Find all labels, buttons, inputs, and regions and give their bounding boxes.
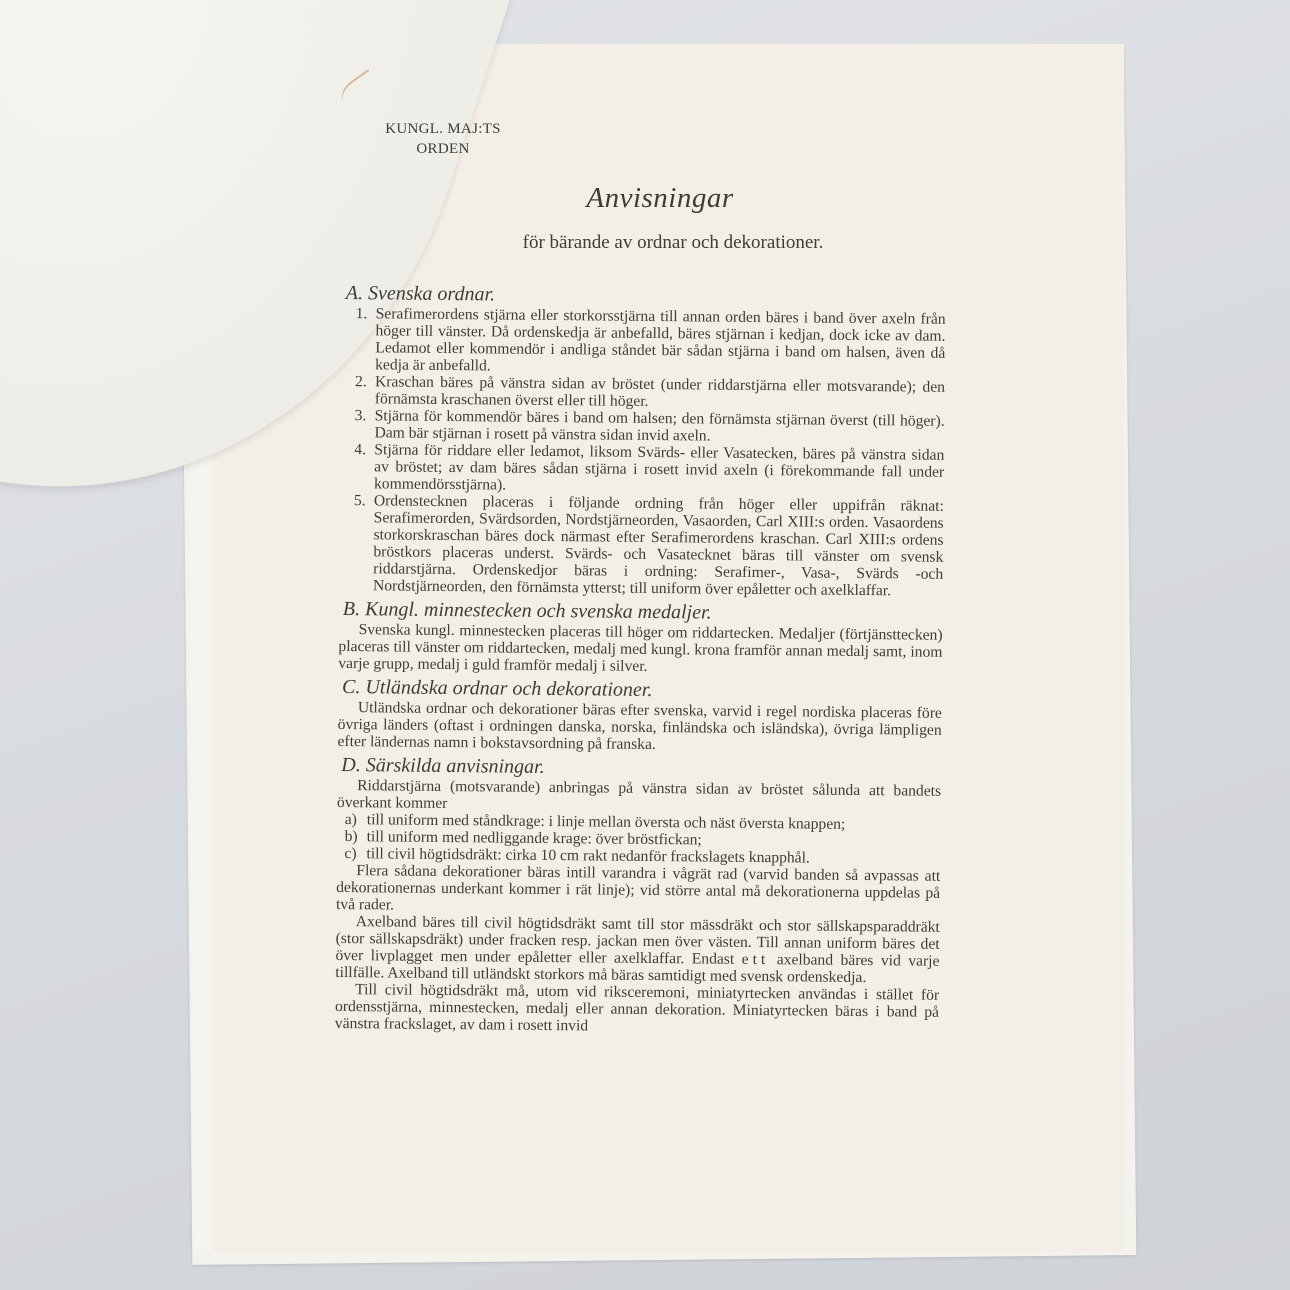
item-text: Stjärna för riddare eller ledamot, likso… [374,441,944,497]
sub-item-label: c) [344,845,366,862]
list-item: 2. Kraschan bäres på vänstra sidan av br… [341,373,945,413]
section-d-paragraph-2: Axelband bäres till civil högtidsdräkt s… [335,913,940,987]
sub-item-label: a) [345,811,367,828]
document-subtitle: för bärande av ordnar och dekorationer. [340,232,1006,254]
document-body: A. Svenska ordnar. 1. Serafimerordens st… [335,278,946,1038]
list-item: 4. Stjärna för riddare eller ledamot, li… [340,441,944,498]
header-line-2: ORDEN [368,139,518,159]
order-header: KUNGL. MAJ:TS ORDEN [368,119,518,159]
list-item: 3. Stjärna för kommendör bäres i band om… [340,407,944,447]
section-d-paragraph-1: Flera sådana dekorationer bäras intill v… [336,862,940,919]
section-d-intro: Riddarstjärna (motsvarande) anbringas på… [337,777,941,817]
document-content: KUNGL. MAJ:TS ORDEN Anvisningar för bära… [0,0,1290,1290]
document-title: Anvisningar [340,182,980,215]
section-c-text: Utländska ordnar och dekorationer bäras … [337,699,941,756]
item-text: Ordenstecknen placeras i följande ordnin… [373,492,944,599]
item-text: Kraschan bäres på vänstra sidan av bröst… [375,373,945,412]
section-b-text: Svenska kungl. minnestecken placeras til… [338,621,942,678]
list-item: 5. Ordenstecknen placeras i följande ord… [339,492,944,600]
item-text: Serafimerordens stjärna eller storkorsst… [375,305,946,378]
item-text: Stjärna för kommendör bäres i band om ha… [374,407,944,446]
item-number: 5. [339,492,374,594]
list-item: 1. Serafimerordens stjärna eller storkor… [341,305,946,379]
item-number: 1. [341,305,376,373]
header-line-1: KUNGL. MAJ:TS [368,119,518,139]
item-number: 4. [340,441,374,492]
sub-item-label: b) [345,828,367,845]
item-number: 3. [340,407,374,441]
emphasized-word: ett [742,951,770,968]
section-d-paragraph-3: Till civil högtidsdräkt må, utom vid rik… [335,981,939,1038]
item-number: 2. [341,373,375,407]
